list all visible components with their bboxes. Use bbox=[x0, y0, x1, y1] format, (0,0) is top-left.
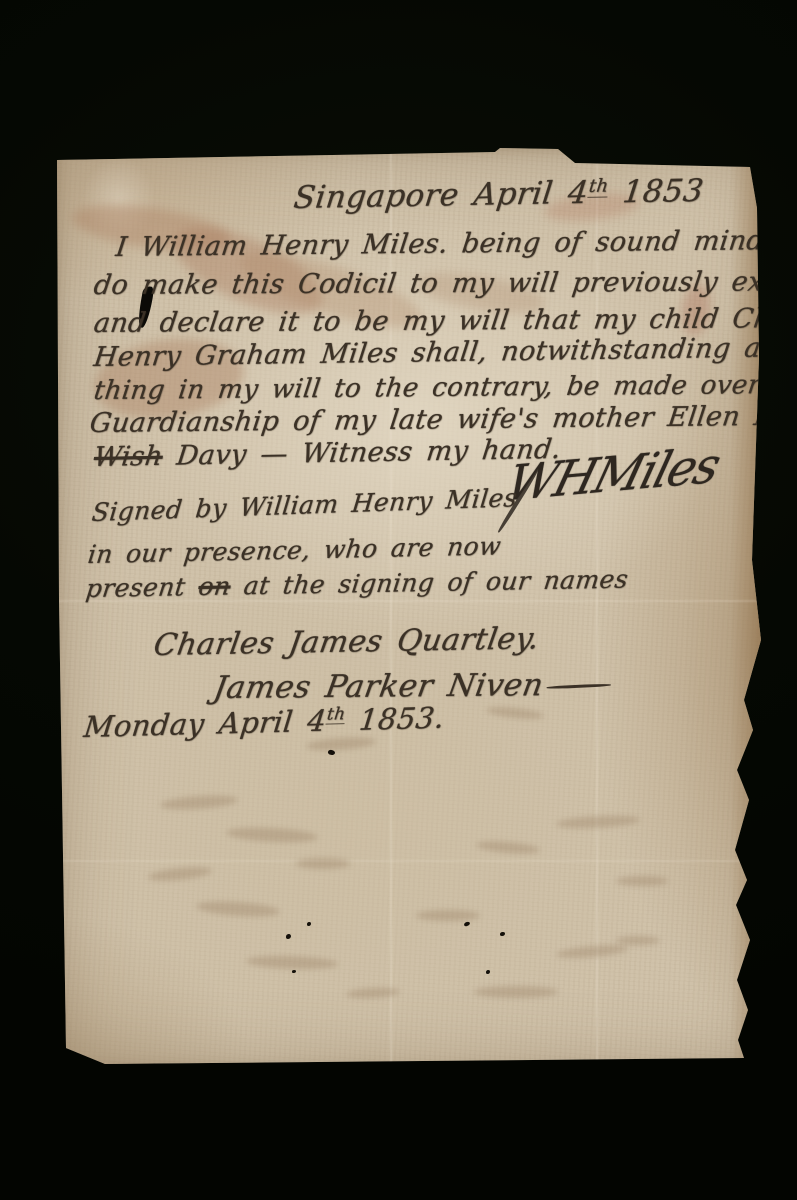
bleedthrough-smudge bbox=[476, 839, 541, 856]
crossed-out-word: on bbox=[197, 571, 233, 601]
bleedthrough-smudge bbox=[226, 826, 319, 845]
bleedthrough-smudge bbox=[556, 943, 629, 960]
bleedthrough-smudge bbox=[246, 954, 338, 970]
bleedthrough-smudge bbox=[148, 865, 213, 884]
ink-speck bbox=[307, 922, 311, 926]
ink-speck bbox=[486, 970, 490, 974]
bleedthrough-smudge bbox=[346, 987, 400, 1000]
crossed-out-word: Wish bbox=[92, 441, 165, 473]
bleedthrough-smudge bbox=[556, 814, 641, 830]
ink-speck bbox=[286, 934, 291, 939]
heading-year: 1853 bbox=[606, 173, 706, 211]
bleedthrough-smudge bbox=[486, 705, 545, 721]
pen-flourish bbox=[546, 683, 611, 689]
body-line-6: Guardianship of my late wife's mother El… bbox=[88, 400, 797, 439]
witness-signature-quartley: Charles James Quartley. bbox=[151, 621, 542, 663]
attestation-post: at the signing of our names bbox=[229, 565, 630, 601]
body-line-1: I William Henry Miles. being of sound mi… bbox=[114, 225, 766, 263]
docket-date: Monday April 4 bbox=[82, 704, 328, 744]
heading-place-date: Singapore April 4 bbox=[292, 175, 591, 216]
attestation-pre: present bbox=[84, 572, 200, 603]
bleedthrough-smudge bbox=[160, 793, 239, 811]
fold-crease-horizontal-lower bbox=[56, 860, 764, 862]
body-line-5: thing in my will to the contrary, be mad… bbox=[92, 369, 797, 406]
docket-year: 1853. bbox=[343, 701, 446, 738]
photo-backdrop: Singapore April 4th 1853 I William Henry… bbox=[0, 0, 797, 1200]
bleedthrough-smudge bbox=[296, 858, 350, 869]
body-line-4: Henry Graham Miles shall, notwithstandin… bbox=[92, 332, 796, 373]
witness-niven-name: James Parker Niven bbox=[211, 667, 546, 706]
witness-signature-niven: James Parker Niven bbox=[211, 667, 614, 707]
body-line-7: Wish Davy — Witness my hand. bbox=[92, 434, 563, 473]
ink-speck bbox=[500, 932, 505, 936]
witness-clause: Davy — Witness my hand. bbox=[161, 434, 563, 472]
attestation-line-1: Signed by William Henry Miles bbox=[90, 483, 518, 527]
manuscript-page: Singapore April 4th 1853 I William Henry… bbox=[56, 148, 764, 1070]
bleedthrough-smudge bbox=[474, 986, 558, 998]
bleedthrough-smudge bbox=[616, 936, 660, 945]
bleedthrough-smudge bbox=[306, 736, 377, 753]
heading-dateline: Singapore April 4th 1853 bbox=[292, 173, 706, 216]
bleedthrough-smudge bbox=[616, 876, 668, 886]
body-line-2: do make this Codicil to my will previous… bbox=[92, 266, 797, 301]
attestation-line-3: present on at the signing of our names bbox=[84, 565, 630, 604]
ink-speck bbox=[464, 921, 471, 926]
attestation-line-2: in our presence, who are now bbox=[86, 531, 502, 569]
bleedthrough-smudge bbox=[196, 899, 281, 919]
bleedthrough-smudge bbox=[416, 910, 480, 921]
ink-speck bbox=[292, 970, 296, 973]
